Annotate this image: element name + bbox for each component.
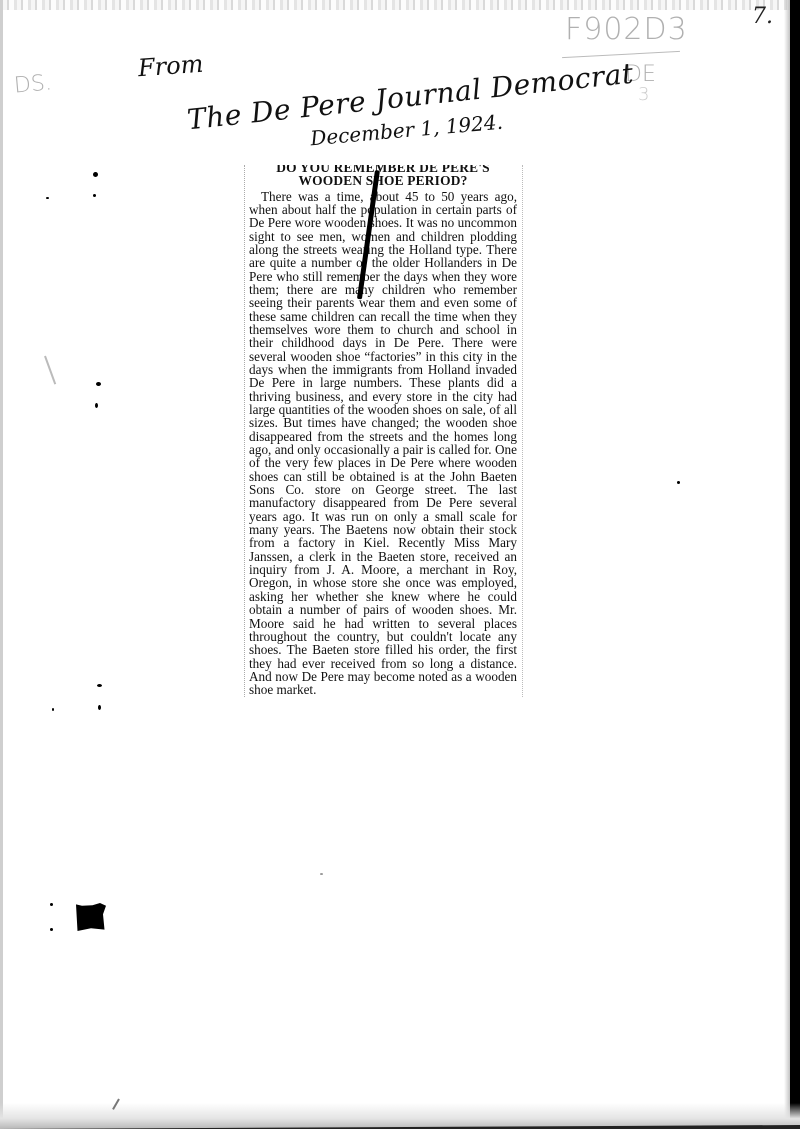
ink-speck <box>677 481 680 484</box>
pencil-sub-number: 3 <box>638 84 649 105</box>
page-number: 7. <box>752 4 773 29</box>
ink-speck <box>52 708 54 711</box>
pencil-note-ds: DS. <box>13 70 53 98</box>
headline-line-2: WOODEN SHOE PERIOD? <box>299 173 468 188</box>
ink-blot <box>76 903 106 931</box>
ink-speck <box>46 197 49 199</box>
article-body: There was a time, about 45 to 50 years a… <box>249 190 517 697</box>
ink-speck <box>98 705 101 710</box>
ink-speck <box>95 403 98 408</box>
ink-speck <box>50 903 53 906</box>
ink-speck <box>96 382 101 386</box>
pencil-catalog-number: F902D3 <box>565 12 688 47</box>
news-clipping: DO YOU REMEMBER DE PERE'S WOODEN SHOE PE… <box>244 165 517 697</box>
scan-bottom-shadow <box>0 1103 800 1129</box>
scan-right-border <box>790 0 800 1129</box>
ink-speck <box>93 194 96 197</box>
handwritten-from: From <box>137 50 204 82</box>
scan-top-edge <box>0 0 790 10</box>
article-headline: DO YOU REMEMBER DE PERE'S WOODEN SHOE PE… <box>249 165 517 189</box>
ink-speck <box>50 928 53 931</box>
scan-left-edge <box>0 0 3 1129</box>
ink-speck <box>320 873 323 875</box>
ink-speck <box>97 684 102 687</box>
ink-speck <box>93 172 98 177</box>
article-body-text: There was a time, about 45 to 50 years a… <box>249 189 517 698</box>
pencil-scratch <box>44 356 56 385</box>
